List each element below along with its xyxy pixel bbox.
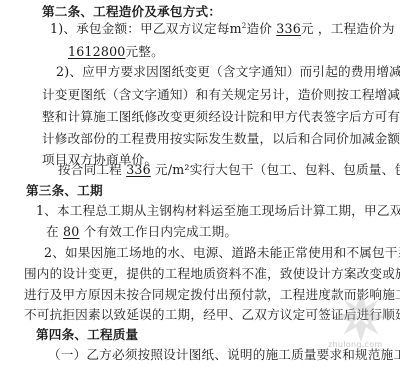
article3-item2-line: 围内的设计变更，提供的工程地质资料不准，致使设计方案改变或施工无法 xyxy=(24,266,400,282)
article2-heading: 第二条、工程造价及承包方式： xyxy=(42,4,221,20)
article2-item2-line: 计变更图纸（含文字通知）和有关规定另计，造价则按工程增减进行调 xyxy=(42,87,400,103)
article2-item1-line2: 1612800元整。 xyxy=(68,44,164,60)
contract-document: 第二条、工程造价及承包方式： 1)、承包金额：甲乙双方议定每m2造价 336元 … xyxy=(0,0,400,367)
item1-suffix: 元 ，工程造价为 xyxy=(301,21,395,36)
line2-prefix: 在 xyxy=(46,224,59,239)
total-suffix: 元整。 xyxy=(126,44,164,59)
watermark-text: zhulong.com xyxy=(328,340,383,349)
work-days-value: 80 xyxy=(63,224,79,239)
article2-item2-line: 整和计算施工图纸修改变更须经设计院和甲方代表签字后方可有效，设 xyxy=(42,109,400,125)
lump-sum-price: 336 xyxy=(126,162,151,177)
article4-heading: 第四条、工程质量 xyxy=(36,327,138,343)
article3-heading: 第三条、工期 xyxy=(26,183,103,199)
lump-sum-suffix: 实行大包干（包工、包料、包质量、包工程） xyxy=(190,162,400,177)
article3-item1-line1: 1、本工程总工期从主钢构材料运至施工现场后计算工期，甲乙双方议定 xyxy=(36,203,400,219)
article2-item1-line1: 1)、承包金额：甲乙双方议定每m2造价 336元 ，工程造价为 xyxy=(50,21,395,37)
lump-sum-unit: 元/m² xyxy=(155,162,190,177)
article3-item1-line2: 在 80 个有效工作日内完成工期。 xyxy=(46,224,237,240)
unit-price-value: 336 xyxy=(276,21,301,36)
item1-mid: 造价 xyxy=(246,21,272,36)
zhulong-logo-icon xyxy=(332,288,390,346)
article2-item2-line: 2)、应甲方要求因图纸变更（含文字通知）而引起的费用增减，按设 xyxy=(56,64,400,80)
line2-suffix: 个有效工作日内完成工期。 xyxy=(84,224,238,239)
article2-item2-line: 计修改部份的工程费用按实际发生数量，以后和合同价加减金额、新增 xyxy=(42,131,400,147)
lump-sum-line: 按合同工程 336 元/m²实行大包干（包工、包料、包质量、包工程） xyxy=(58,162,400,178)
article3-item2-line: 2、如果因施工场地的水、电源、道路未能正常使用和不属包干系数范 xyxy=(44,245,400,261)
lump-sum-prefix: 按合同工程 xyxy=(58,162,122,177)
article4-item1: （一）乙方必须按照设计图纸、说明的施工质量要求和规范施工。 xyxy=(48,347,400,363)
item1-prefix: 1)、承包金额：甲乙双方议定每m xyxy=(50,21,242,36)
total-price-value: 1612800 xyxy=(68,44,126,59)
